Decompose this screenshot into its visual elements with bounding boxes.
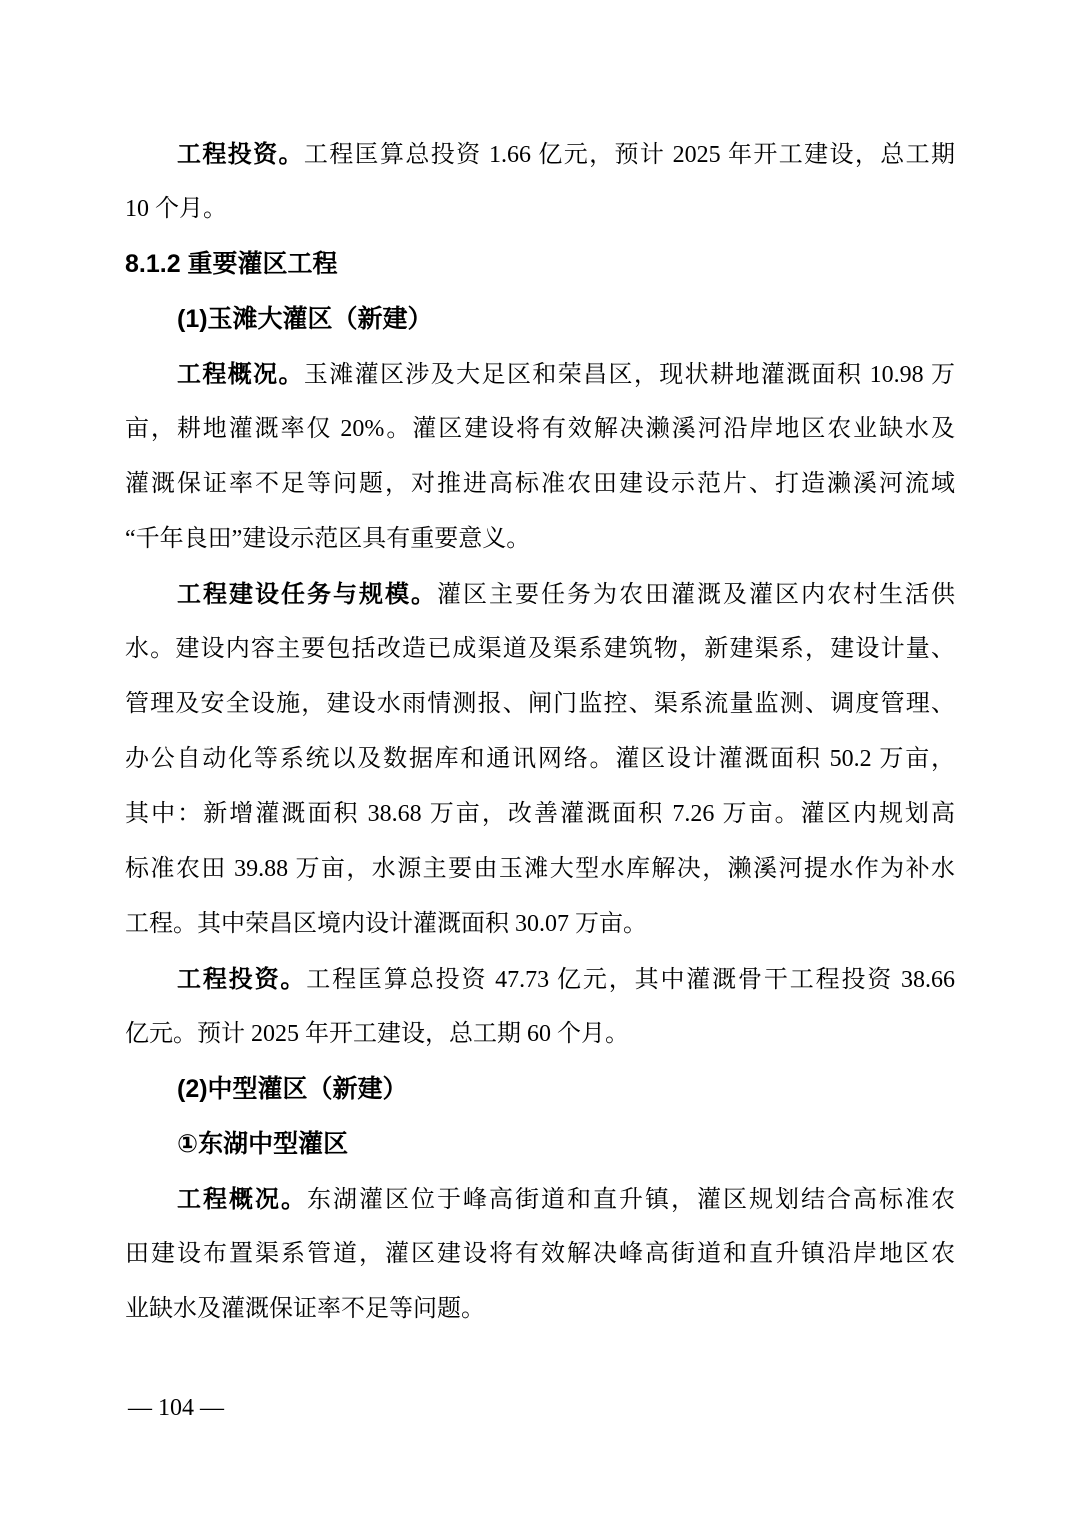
paragraph-lead: 工程投资。 [177,966,306,993]
line-text: 8.1.2 重要灌区工程 [125,250,338,278]
paragraph-line: 标准农田 39.88 万亩，水源主要由玉滩大型水库解决，濑溪河提水作为补水 [125,842,955,897]
line-text: 工程匡算总投资 1.66 亿元，预计 2025 年开工建设，总工期 [304,142,955,168]
paragraph-line: 工程建设任务与规模。灌区主要任务为农田灌溉及灌区内农村生活供 [125,567,955,622]
document-body: 工程投资。工程匡算总投资 1.66 亿元，预计 2025 年开工建设，总工期10… [125,127,955,1337]
line-text: 玉滩灌区涉及大足区和荣昌区，现状耕地灌溉面积 10.98 万 [304,362,955,388]
line-text: 东湖灌区位于峰高街道和直升镇，灌区规划结合高标准农 [307,1187,955,1213]
paragraph-line: 业缺水及灌溉保证率不足等问题。 [125,1282,955,1337]
paragraph-line: 10 个月。 [125,182,955,237]
paragraph-line: 亿元。预计 2025 年开工建设，总工期 60 个月。 [125,1007,955,1062]
line-text: 灌区主要任务为农田灌溉及灌区内农村生活供 [437,582,955,608]
paragraph-line: 工程概况。东湖灌区位于峰高街道和直升镇，灌区规划结合高标准农 [125,1172,955,1227]
line-text: (1)玉滩大灌区（新建） [177,305,433,333]
line-text: 亩，耕地灌溉率仅 20%。灌区建设将有效解决濑溪河沿岸地区农业缺水及 [125,416,955,442]
paragraph-line: 办公自动化等系统以及数据库和通讯网络。灌区设计灌溉面积 50.2 万亩， [125,732,955,787]
paragraph-line: 水。建设内容主要包括改造已成渠道及渠系建筑物，新建渠系，建设计量、 [125,622,955,677]
line-text: 办公自动化等系统以及数据库和通讯网络。灌区设计灌溉面积 50.2 万亩， [125,746,955,772]
paragraph-line: 工程投资。工程匡算总投资 47.73 亿元，其中灌溉骨干工程投资 38.66 [125,952,955,1007]
line-text: 管理及安全设施，建设水雨情测报、闸门监控、渠系流量监测、调度管理、 [125,691,955,717]
line-text: 业缺水及灌溉保证率不足等问题。 [125,1296,485,1322]
line-text: ①东湖中型灌区 [177,1130,348,1158]
paragraph-line: 灌溉保证率不足等问题，对推进高标准农田建设示范片、打造濑溪河流域 [125,457,955,512]
line-text: 标准农田 39.88 万亩，水源主要由玉滩大型水库解决，濑溪河提水作为补水 [125,856,955,882]
line-text: 其中：新增灌溉面积 38.68 万亩，改善灌溉面积 7.26 万亩。灌区内规划高 [125,801,955,827]
line-text: 10 个月。 [125,196,227,222]
line-text: “千年良田”建设示范区具有重要意义。 [125,526,530,552]
page-number: — 104 — [128,1381,224,1436]
paragraph-line: 工程概况。玉滩灌区涉及大足区和荣昌区，现状耕地灌溉面积 10.98 万 [125,347,955,402]
paragraph-lead: 工程概况。 [177,361,304,388]
line-text: 亿元。预计 2025 年开工建设，总工期 60 个月。 [125,1021,629,1047]
paragraph-line: 其中：新增灌溉面积 38.68 万亩，改善灌溉面积 7.26 万亩。灌区内规划高 [125,787,955,842]
paragraph-lead: 工程建设任务与规模。 [177,581,437,608]
paragraph-line: 工程投资。工程匡算总投资 1.66 亿元，预计 2025 年开工建设，总工期 [125,127,955,182]
sub-heading: ①东湖中型灌区 [125,1117,955,1172]
line-text: 工程匡算总投资 47.73 亿元，其中灌溉骨干工程投资 38.66 [306,967,955,993]
line-text: 灌溉保证率不足等问题，对推进高标准农田建设示范片、打造濑溪河流域 [125,471,955,497]
sub-heading: (1)玉滩大灌区（新建） [125,292,955,347]
paragraph-line: 管理及安全设施，建设水雨情测报、闸门监控、渠系流量监测、调度管理、 [125,677,955,732]
paragraph-line: 田建设布置渠系管道，灌区建设将有效解决峰高街道和直升镇沿岸地区农 [125,1227,955,1282]
paragraph-lead: 工程投资。 [177,141,304,168]
line-text: 工程。其中荣昌区境内设计灌溉面积 30.07 万亩。 [125,911,647,937]
line-text: 水。建设内容主要包括改造已成渠道及渠系建筑物，新建渠系，建设计量、 [125,636,955,662]
sub-heading: (2)中型灌区（新建） [125,1062,955,1117]
section-heading: 8.1.2 重要灌区工程 [125,237,955,292]
paragraph-lead: 工程概况。 [177,1186,307,1213]
line-text: (2)中型灌区（新建） [177,1075,408,1103]
paragraph-line: “千年良田”建设示范区具有重要意义。 [125,512,955,567]
document-page: 工程投资。工程匡算总投资 1.66 亿元，预计 2025 年开工建设，总工期10… [0,0,1074,1520]
paragraph-line: 工程。其中荣昌区境内设计灌溉面积 30.07 万亩。 [125,897,955,952]
paragraph-line: 亩，耕地灌溉率仅 20%。灌区建设将有效解决濑溪河沿岸地区农业缺水及 [125,402,955,457]
line-text: 田建设布置渠系管道，灌区建设将有效解决峰高街道和直升镇沿岸地区农 [125,1241,955,1267]
